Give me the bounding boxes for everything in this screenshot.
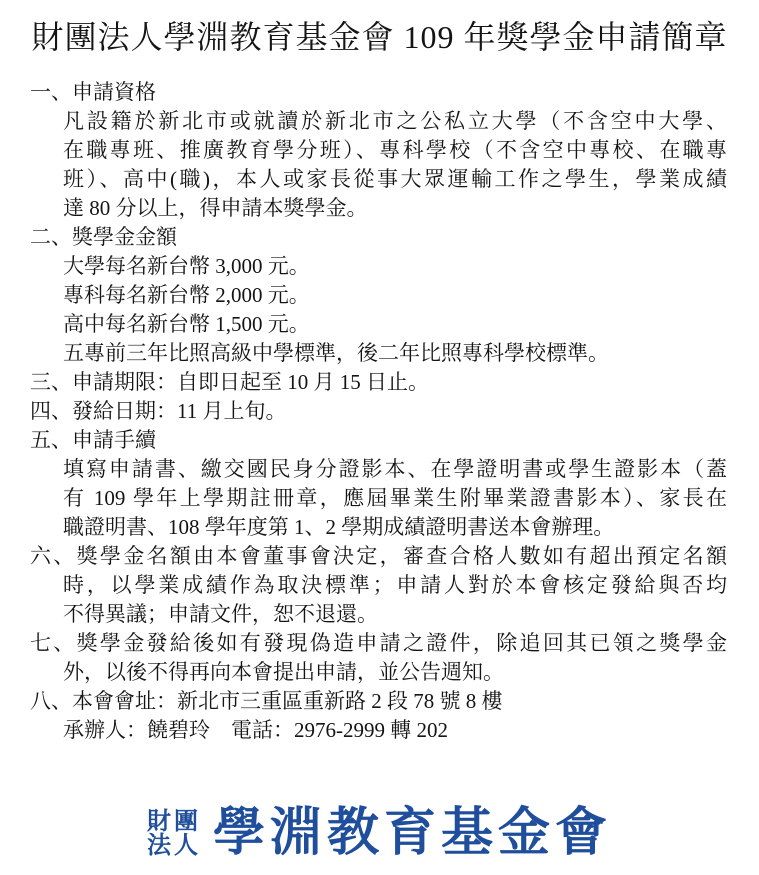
document-line: 三、申請期限：自即日起至 10 月 15 日止。 [30,368,727,397]
document-line: 五專前三年比照高級中學標準，後二年比照專科學校標準。 [63,339,727,368]
foundation-logo-stamp: 財團 法人 學淵教育基金會 [0,796,759,872]
document-line: 不得異議；申請文件，恕不退還。 [63,600,727,629]
document-body: 一、申請資格凡設籍於新北市或就讀於新北市之公私立大學（不含空中大學、在職專班、推… [0,78,727,745]
document-line: 達 80 分以上，得申請本獎學金。 [63,194,727,223]
document-line: 五、申請手續 [30,426,727,455]
document-page: 財團法人學淵教育基金會 109 年獎學金申請簡章 一、申請資格凡設籍於新北市或就… [0,0,759,875]
document-line: 七、獎學金發給後如有發現偽造申請之證件，除追回其已領之獎學金 [30,629,727,658]
document-title: 財團法人學淵教育基金會 109 年獎學金申請簡章 [0,0,759,58]
document-line: 二、獎學金金額 [30,223,727,252]
logo-prefix-top: 財團 [147,810,201,834]
document-line: 高中每名新台幣 1,500 元。 [63,310,727,339]
document-line: 一、申請資格 [30,78,727,107]
document-line: 有 109 學年上學期註冊章，應屆畢業生附畢業證書影本）、家長在 [63,484,727,513]
document-line: 在職專班、推廣教育學分班）、專科學校（不含空中專校、在職專 [63,136,727,165]
document-line: 外，以後不得再向本會提出申請，並公告週知。 [63,658,727,687]
logo-prefix: 財團 法人 [147,810,201,858]
document-line: 填寫申請書、繳交國民身分證影本、在學證明書或學生證影本（蓋 [63,455,727,484]
document-line: 六、獎學金名額由本會董事會決定，審查合格人數如有超出預定名額 [30,542,727,571]
document-line: 班）、高中(職)，本人或家長從事大眾運輸工作之學生，學業成績 [63,165,727,194]
logo-prefix-bottom: 法人 [147,834,201,858]
document-line: 時，以學業成績作為取決標準；申請人對於本會核定發給與否均 [63,571,727,600]
logo-name: 學淵教育基金會 [213,806,612,862]
document-line: 大學每名新台幣 3,000 元。 [63,252,727,281]
document-line: 凡設籍於新北市或就讀於新北市之公私立大學（不含空中大學、 [63,107,727,136]
document-line: 專科每名新台幣 2,000 元。 [63,281,727,310]
document-line: 八、本會會址：新北市三重區重新路 2 段 78 號 8 樓 [30,687,727,716]
document-line: 四、發給日期：11 月上旬。 [30,397,727,426]
document-line: 職證明書、108 學年度第 1、2 學期成績證明書送本會辦理。 [63,513,727,542]
document-line: 承辦人：饒碧玲 電話：2976-2999 轉 202 [63,716,727,745]
